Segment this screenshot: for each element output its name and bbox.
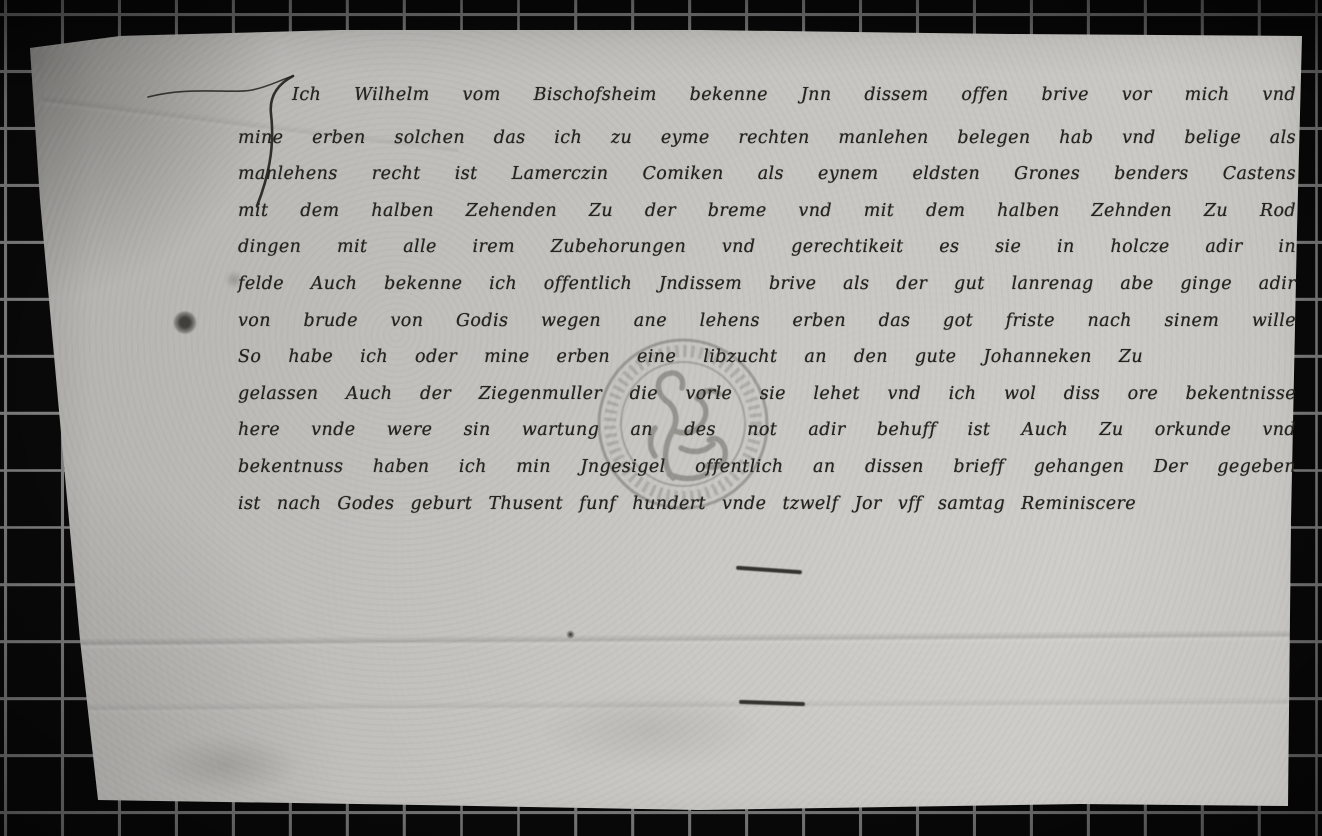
manuscript-line: manlehens recht ist Lamerczin Comiken al…	[238, 156, 1296, 193]
manuscript-line: mine erben solchen das ich zu eyme recht…	[238, 120, 1296, 157]
photo-stage: Ich Wilhelm vom Bischofsheim bekenne Jnn…	[0, 0, 1322, 836]
ink-blot	[173, 311, 197, 334]
manuscript-line: dingen mit alle irem Zubehorungen vnd ge…	[238, 229, 1296, 266]
stain	[540, 690, 760, 770]
manuscript-line: von brude von Godis wegen ane lehens erb…	[238, 303, 1296, 340]
manuscript-line: So habe ich oder mine erben eine libzuch…	[238, 339, 1143, 376]
manuscript-line: bekentnuss haben ich min Jngesigel offen…	[238, 449, 1296, 486]
manuscript-line: felde Auch bekenne ich offentlich Jndiss…	[238, 266, 1296, 303]
manuscript-text: Ich Wilhelm vom Bischofsheim bekenne Jnn…	[238, 77, 1296, 522]
manuscript-line: mit dem halben Zehenden Zu der breme vnd…	[238, 193, 1296, 230]
manuscript-line: gelassen Auch der Ziegenmuller die vorle…	[238, 376, 1296, 413]
manuscript-line: here vnde were sin wartung an des not ad…	[238, 412, 1296, 449]
stain	[150, 735, 300, 795]
ink-dot	[566, 630, 575, 639]
manuscript-line: ist nach Godes geburt Thusent funf hunde…	[238, 486, 1136, 523]
manuscript-line: Ich Wilhelm vom Bischofsheim bekenne Jnn…	[238, 77, 1296, 114]
